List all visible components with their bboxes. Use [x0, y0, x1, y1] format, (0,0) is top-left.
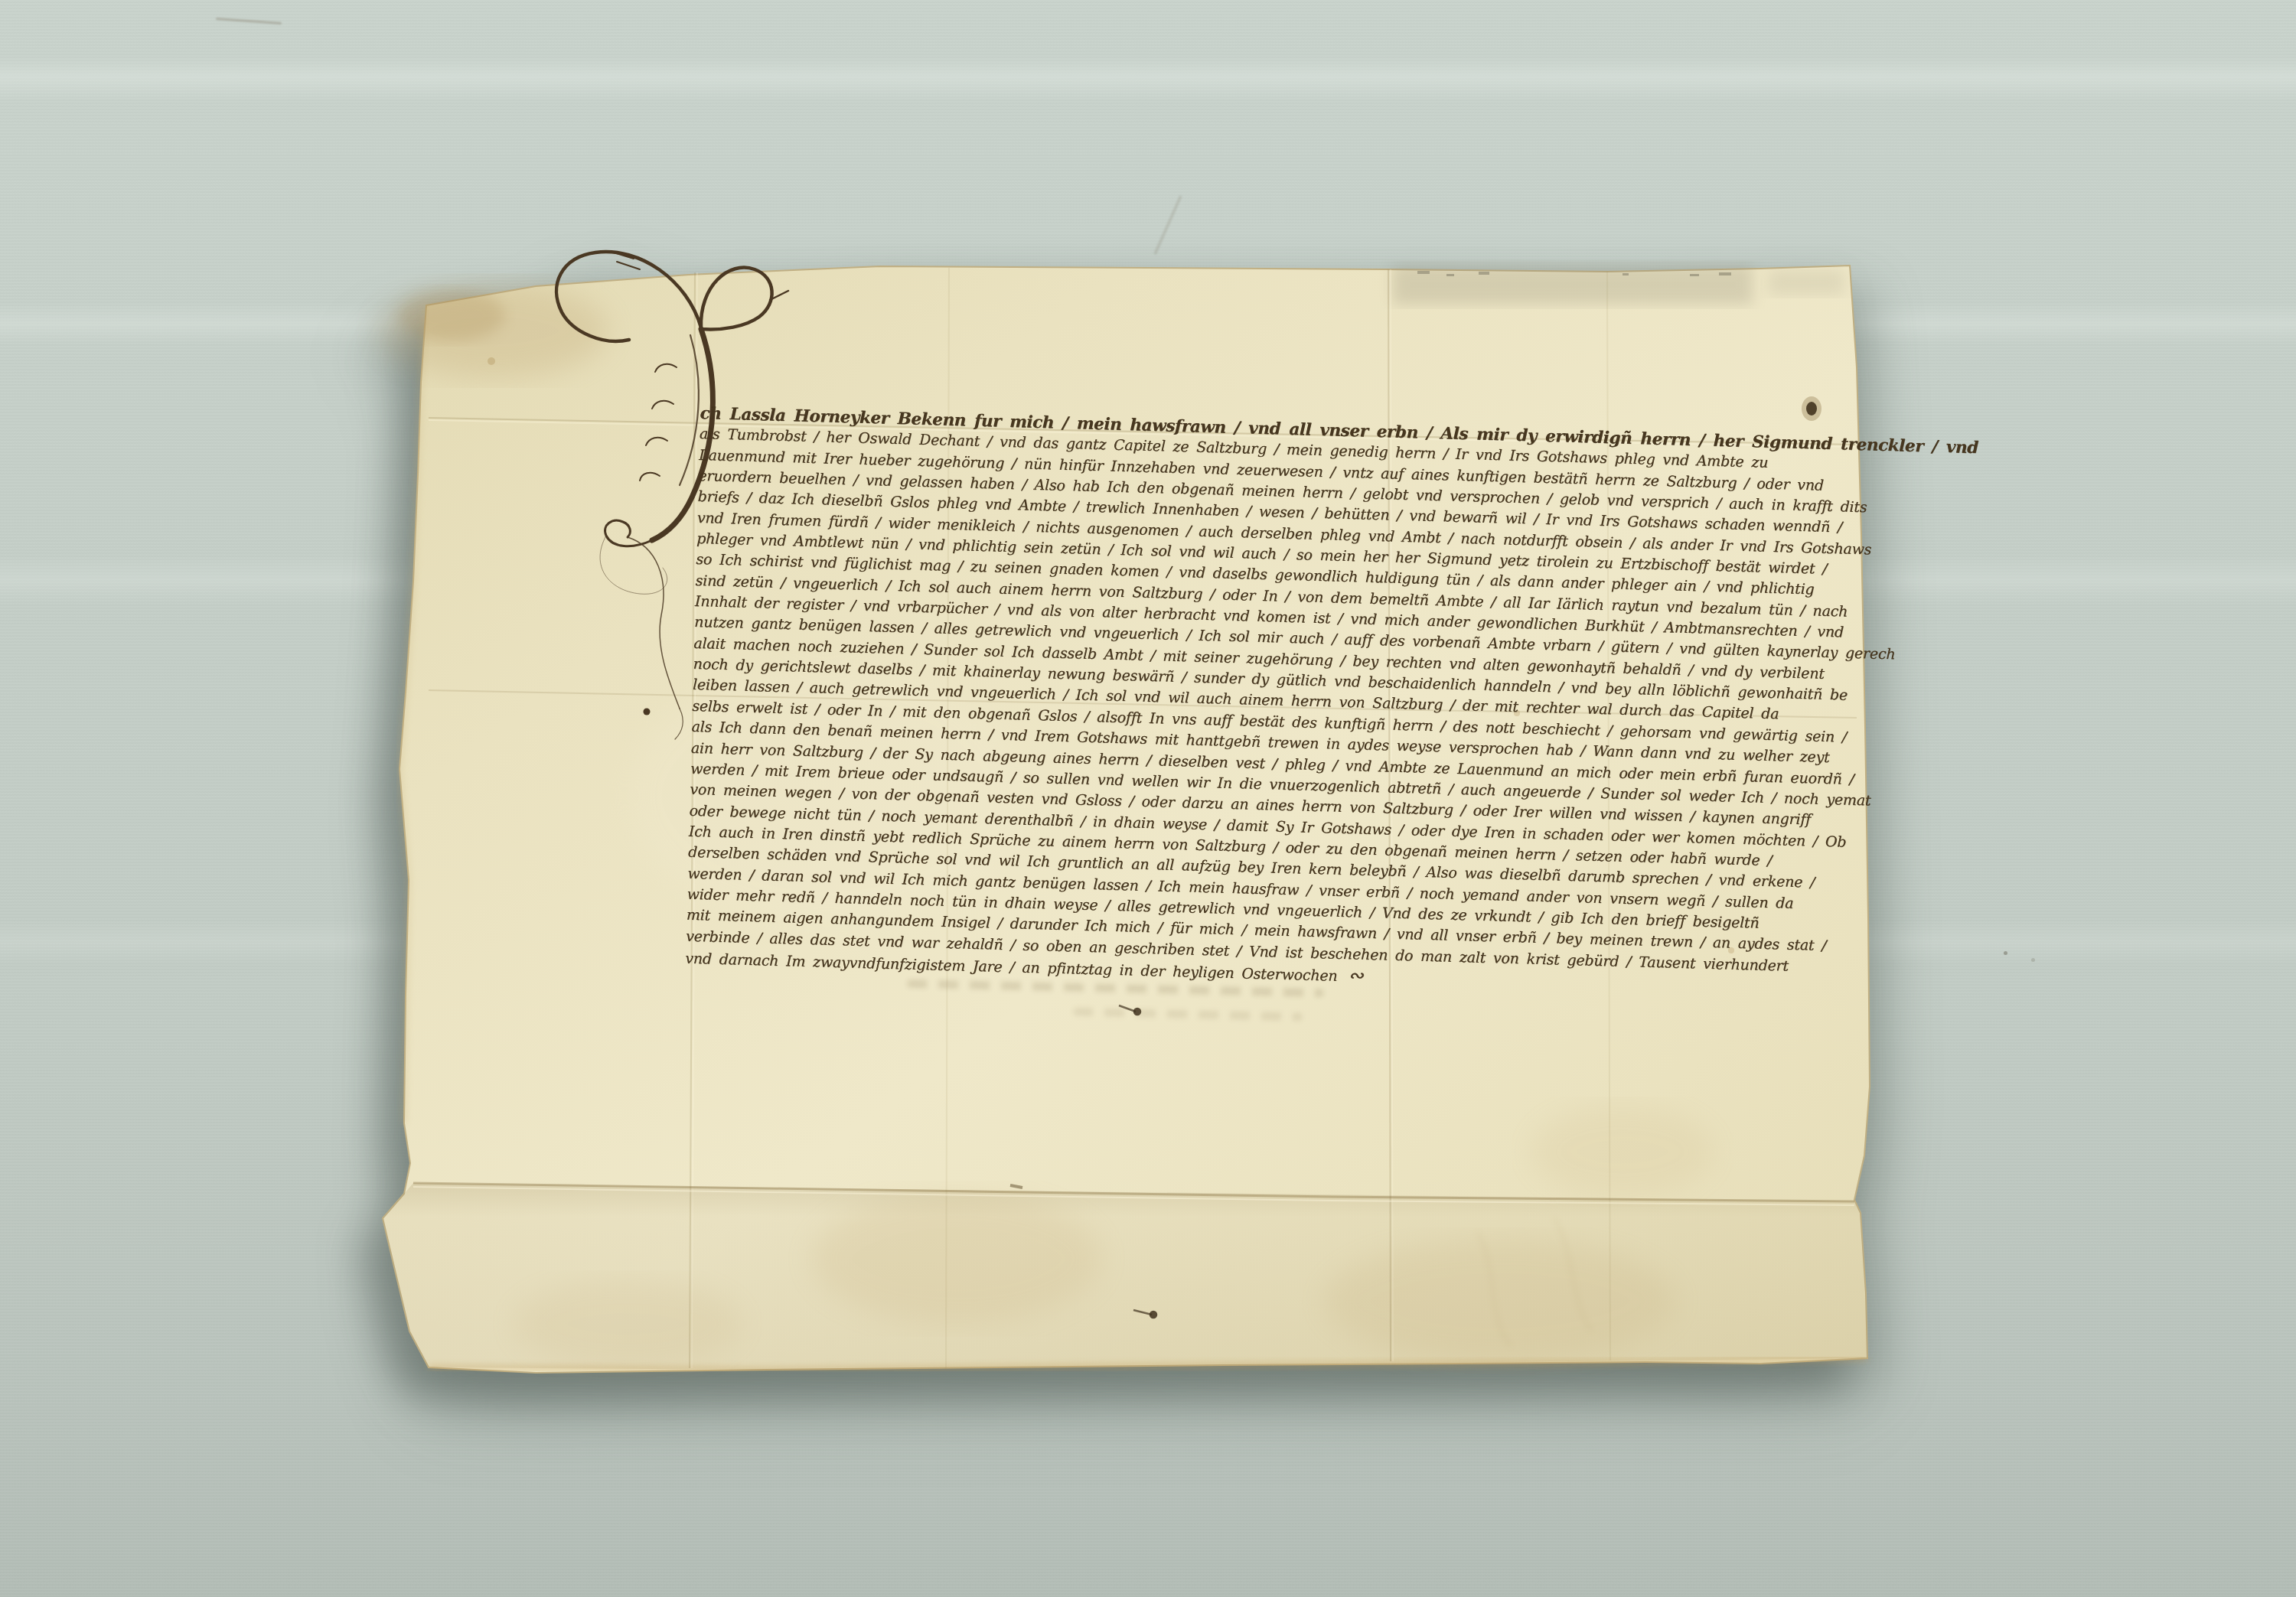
- manuscript-text-block: ch Lassla Horneyker Bekenn fur mich / me…: [685, 403, 1848, 999]
- plica-fold: [383, 1183, 1867, 1370]
- ink-blot: [1802, 396, 1821, 421]
- closing-flourish: ∾: [1337, 964, 1364, 986]
- photo-backdrop: ch Lassla Horneyker Bekenn fur mich / me…: [0, 0, 2296, 1597]
